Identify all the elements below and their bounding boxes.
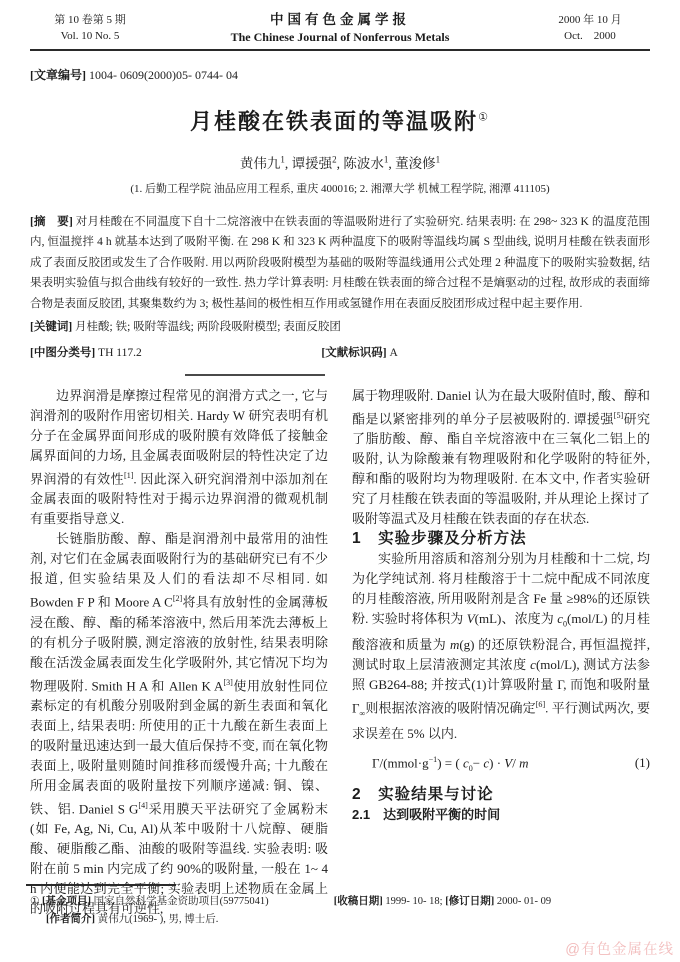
paragraph-intro-continued: 属于物理吸附. Daniel 认为在最大吸附值时, 酸、醇和酯是以紧密排列的单分… (352, 386, 650, 529)
body-column-left: 边界润滑是摩擦过程常见的润滑方式之一, 它与润滑剂的吸附作用密切相关. Hard… (30, 386, 328, 920)
journal-date-en: Oct. 2000 (530, 29, 650, 45)
journal-title-block: 中国有色金属学报 The Chinese Journal of Nonferro… (150, 8, 530, 45)
keywords-line: [关键词] 月桂酸; 铁; 吸附等温线; 两阶段吸附模型; 表面反胶团 (30, 318, 650, 338)
article-number: [文章编号] 1004- 0609(2000)05- 0744- 04 (30, 66, 650, 83)
body-column-right: 属于物理吸附. Daniel 认为在最大吸附值时, 酸、醇和酯是以紧密排列的单分… (352, 386, 650, 920)
section-heading-2: 2 实验结果与讨论 (352, 785, 650, 805)
section-heading-1: 1 实验步骤及分析方法 (352, 529, 650, 549)
watermark: @有色金属在线 (565, 938, 674, 959)
document-code: [文献标识码] A (321, 344, 397, 360)
paper-title-text: 月桂酸在铁表面的等温吸附 (190, 109, 478, 134)
journal-date-cn: 2000 年 10 月 (530, 13, 650, 29)
footnote-row-1: ① [基金项目] 国家自然科学基金资助项目(59775041) [收稿日期] 1… (30, 893, 650, 911)
section-divider (185, 374, 325, 376)
journal-date-block: 2000 年 10 月 Oct. 2000 (530, 13, 650, 45)
equation-1: Γ/(mmol·g−1) = ( c0− c) · V/ m (1) (352, 750, 650, 779)
journal-volume-en: Vol. 10 No. 5 (30, 29, 150, 45)
paragraph-intro-1: 边界润滑是摩擦过程常见的润滑方式之一, 它与润滑剂的吸附作用密切相关. Hard… (30, 386, 328, 529)
journal-volume-cn: 第 10 卷第 5 期 (30, 13, 150, 29)
equation-number: (1) (635, 753, 650, 773)
footnote-author-bio: [作者简介] 黄伟九(1969- ), 男, 博士后. (30, 911, 650, 929)
journal-volume-block: 第 10 卷第 5 期 Vol. 10 No. 5 (30, 13, 150, 45)
journal-title-en: The Chinese Journal of Nonferrous Metals (150, 30, 530, 45)
body-columns: 边界润滑是摩擦过程常见的润滑方式之一, 它与润滑剂的吸附作用密切相关. Hard… (30, 386, 650, 920)
clc-number: [中图分类号] TH 117.2 (30, 344, 321, 360)
title-footnote-marker: ① (478, 112, 490, 124)
footnote-divider (26, 884, 176, 886)
affiliation-line: (1. 后勤工程学院 油品应用工程系, 重庆 400016; 2. 湘潭大学 机… (30, 180, 650, 196)
footnote-fund: ① [基金项目] 国家自然科学基金资助项目(59775041) (30, 893, 334, 911)
paragraph-intro-2: 长链脂肪酸、醇、酯是润滑剂中最常用的油性剂, 对它们在金属表面吸附行为的基础研究… (30, 529, 328, 919)
equation-formula: Γ/(mmol·g−1) = ( c0− c) · V/ m (372, 750, 529, 779)
journal-title-cn: 中国有色金属学报 (150, 8, 530, 28)
subsection-heading-2-1: 2.1 达到吸附平衡的时间 (352, 805, 650, 825)
footnote-block: ① [基金项目] 国家自然科学基金资助项目(59775041) [收稿日期] 1… (30, 884, 650, 930)
paper-page: 第 10 卷第 5 期 Vol. 10 No. 5 中国有色金属学报 The C… (0, 0, 680, 962)
paper-title: 月桂酸在铁表面的等温吸附① (30, 105, 650, 136)
footnote-dates: [收稿日期] 1999- 10- 18; [修订日期] 2000- 01- 09 (334, 893, 551, 911)
paragraph-methods: 实验所用溶质和溶剂分别为月桂酸和十二烷, 均为化学纯试剂. 将月桂酸溶于十二烷中… (352, 549, 650, 744)
journal-header: 第 10 卷第 5 期 Vol. 10 No. 5 中国有色金属学报 The C… (30, 8, 650, 51)
abstract-paragraph: [摘 要] 对月桂酸在不同温度下自十二烷溶液中在铁表面的等温吸附进行了实验研究.… (30, 212, 650, 314)
classification-row: [中图分类号] TH 117.2 [文献标识码] A (30, 344, 650, 360)
authors-line: 黄伟九1, 谭援强2, 陈波水1, 董浚修1 (30, 152, 650, 172)
